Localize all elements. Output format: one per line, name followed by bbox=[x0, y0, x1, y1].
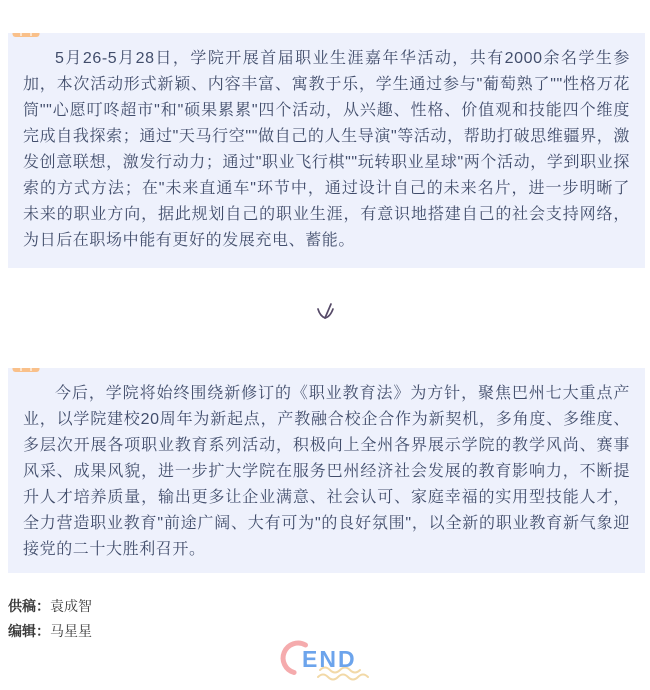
wave-lines-icon bbox=[318, 675, 368, 680]
end-label: END bbox=[302, 646, 357, 673]
paragraph-panel-1: 5月26-5月28日，学院开展首届职业生涯嘉年华活动，共有2000余名学生参加，… bbox=[8, 33, 645, 268]
paragraph-text-1: 5月26-5月28日，学院开展首届职业生涯嘉年华活动，共有2000余名学生参加，… bbox=[23, 46, 630, 254]
contributor-name: 袁成智 bbox=[50, 598, 92, 614]
editor-name: 马星星 bbox=[50, 623, 92, 639]
paragraph-text-2: 今后，学院将始终围绕新修订的《职业教育法》为方针，聚焦巴州七大重点产业，以学院建… bbox=[23, 381, 630, 563]
editor-line: 编辑：马星星 bbox=[8, 619, 92, 644]
contributor-label: 供稿： bbox=[8, 598, 50, 614]
article-page: 5月26-5月28日，学院开展首届职业生涯嘉年华活动，共有2000余名学生参加，… bbox=[0, 0, 650, 690]
briefcase-icon bbox=[12, 33, 40, 38]
paragraph-panel-2: 今后，学院将始终围绕新修订的《职业教育法》为方针，聚焦巴州七大重点产业，以学院建… bbox=[8, 368, 645, 573]
end-mark: END bbox=[278, 636, 398, 688]
editor-label: 编辑： bbox=[8, 623, 50, 639]
contributor-line: 供稿：袁成智 bbox=[8, 594, 92, 619]
down-arrow-icon bbox=[310, 300, 342, 328]
credits: 供稿：袁成智 编辑：马星星 bbox=[8, 594, 92, 644]
briefcase-icon bbox=[12, 368, 40, 373]
